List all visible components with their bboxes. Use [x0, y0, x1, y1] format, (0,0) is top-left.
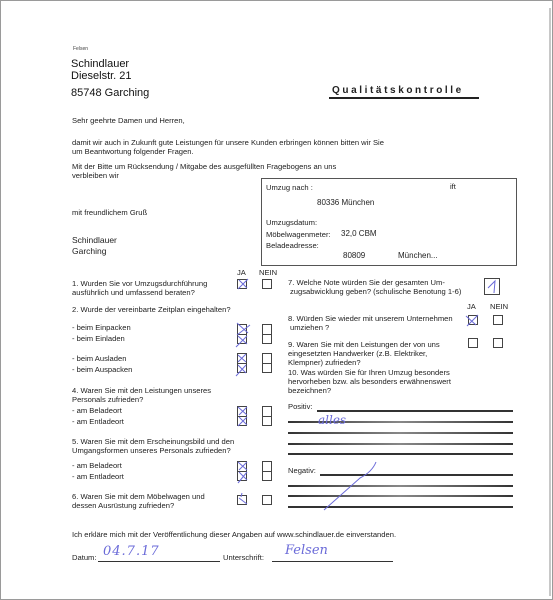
q2-question: 2. Wurde der vereinbarte Zeitplan eingeh… [72, 305, 231, 315]
q5-ja-checkbox[interactable] [237, 461, 247, 481]
q2-item-ausladen: - beim Ausladen [72, 354, 126, 364]
q2-item-einpacken: - beim Einpacken [72, 323, 131, 333]
address-street: Dieselstr. 21 [71, 70, 132, 82]
beladeadresse-city: München... [398, 251, 438, 261]
q8-nein-checkbox[interactable] [493, 315, 503, 325]
q2-ausladen-auspacken-ja-checkbox[interactable] [237, 353, 247, 373]
q5-line-2: Umgangsformen unseres Personals zufriede… [72, 446, 231, 456]
umzug-nach-label: Umzug nach : [266, 183, 313, 193]
column-ja-right: JA [467, 302, 476, 312]
q1-nein-checkbox[interactable] [262, 279, 272, 289]
q8-line-2: umziehen ? [290, 323, 329, 333]
q5-item-entladeort: - am Entladeort [72, 472, 124, 482]
signature-handwritten: Felsen [285, 543, 328, 558]
negativ-field-line-2[interactable] [288, 485, 513, 487]
q6-line-2: dessen Ausrüstung zufrieden? [72, 501, 174, 511]
positiv-label: Positiv: [288, 402, 312, 412]
q10-line-3: bezeichnen? [288, 386, 331, 396]
scan-edge [549, 8, 551, 596]
q1-ja-checkbox[interactable] [237, 279, 247, 289]
sender-tiny-label: Felsen [73, 46, 88, 52]
q8-ja-checkbox[interactable] [468, 315, 478, 325]
q2-item-einladen: - beim Einladen [72, 334, 125, 344]
q9-nein-checkbox[interactable] [493, 338, 503, 348]
signature-company: Schindlauer [72, 236, 117, 246]
q9-ja-checkbox[interactable] [468, 338, 478, 348]
moebelwagenmeter-label: Möbelwagenmeter: [266, 230, 331, 240]
umzug-nach-suffix: ift [450, 182, 456, 192]
intro-line-2: um Beantwortung folgender Fragen. [72, 147, 194, 157]
q2-item-auspacken: - beim Auspacken [72, 365, 132, 375]
q9-line-3: Klempner) zufrieden? [288, 358, 361, 368]
q2-einpacken-einladen-nein-checkbox[interactable] [262, 324, 272, 344]
title-underline [329, 97, 479, 99]
column-nein-right: NEIN [490, 302, 508, 312]
q7-line-2: zugsabwicklung geben? (schulische Benotu… [290, 287, 461, 297]
q5-nein-checkbox[interactable] [262, 461, 272, 481]
negativ-field-line-4[interactable] [288, 506, 513, 508]
salutation: Sehr geehrte Damen und Herren, [72, 116, 185, 126]
q4-ja-checkbox[interactable] [237, 406, 247, 426]
q4-line-2: Personals zufrieden? [72, 395, 143, 405]
q4-item-beladeort: - am Beladeort [72, 406, 122, 416]
umzugsdatum-label: Umzugsdatum: [266, 218, 317, 228]
request-line-2: verbleiben wir [72, 171, 119, 181]
document-title: Qualitätskontrolle [332, 85, 464, 96]
q4-nein-checkbox[interactable] [262, 406, 272, 426]
address-city: 85748 Garching [71, 87, 149, 99]
unterschrift-label: Unterschrift: [223, 553, 264, 563]
negativ-field-line-3[interactable] [288, 495, 513, 497]
beladeadresse-zip: 80809 [343, 251, 365, 261]
q1-line-2: ausführlich und umfassend beraten? [72, 288, 195, 298]
column-ja-left: JA [237, 268, 246, 278]
positiv-field-line-3[interactable] [288, 432, 513, 434]
datum-handwritten: 04.7.17 [103, 544, 160, 559]
q6-ja-checkbox[interactable] [237, 495, 247, 505]
q5-item-beladeort: - am Beladeort [72, 461, 122, 471]
q2-ausladen-auspacken-nein-checkbox[interactable] [262, 353, 272, 373]
positiv-field-line-5[interactable] [288, 453, 513, 455]
consent-text: Ich erkläre mich mit der Veröffentlichun… [72, 530, 396, 540]
beladeadresse-label: Beladeadresse: [266, 241, 319, 251]
positiv-field-line-1[interactable] [317, 410, 513, 412]
negativ-field-line-1[interactable] [320, 474, 513, 476]
positiv-handwritten: alles [318, 413, 346, 427]
q6-nein-checkbox[interactable] [262, 495, 272, 505]
unterschrift-field-line[interactable] [272, 561, 393, 562]
column-nein-left: NEIN [259, 268, 277, 278]
q4-item-entladeort: - am Entladeort [72, 417, 124, 427]
positiv-field-line-4[interactable] [288, 443, 513, 445]
datum-label: Datum: [72, 553, 96, 563]
closing: mit freundlichem Gruß [72, 208, 147, 218]
datum-field-line[interactable] [98, 561, 220, 562]
signature-city: Garching [72, 247, 107, 257]
q2-einpacken-einladen-ja-checkbox[interactable] [237, 324, 247, 344]
q7-grade-field[interactable] [484, 278, 500, 295]
address-company: Schindlauer [71, 58, 129, 70]
umzug-nach-city: 80336 München [317, 198, 374, 208]
negativ-label: Negativ: [288, 466, 316, 476]
moebelwagenmeter-value: 32,0 CBM [341, 229, 377, 239]
